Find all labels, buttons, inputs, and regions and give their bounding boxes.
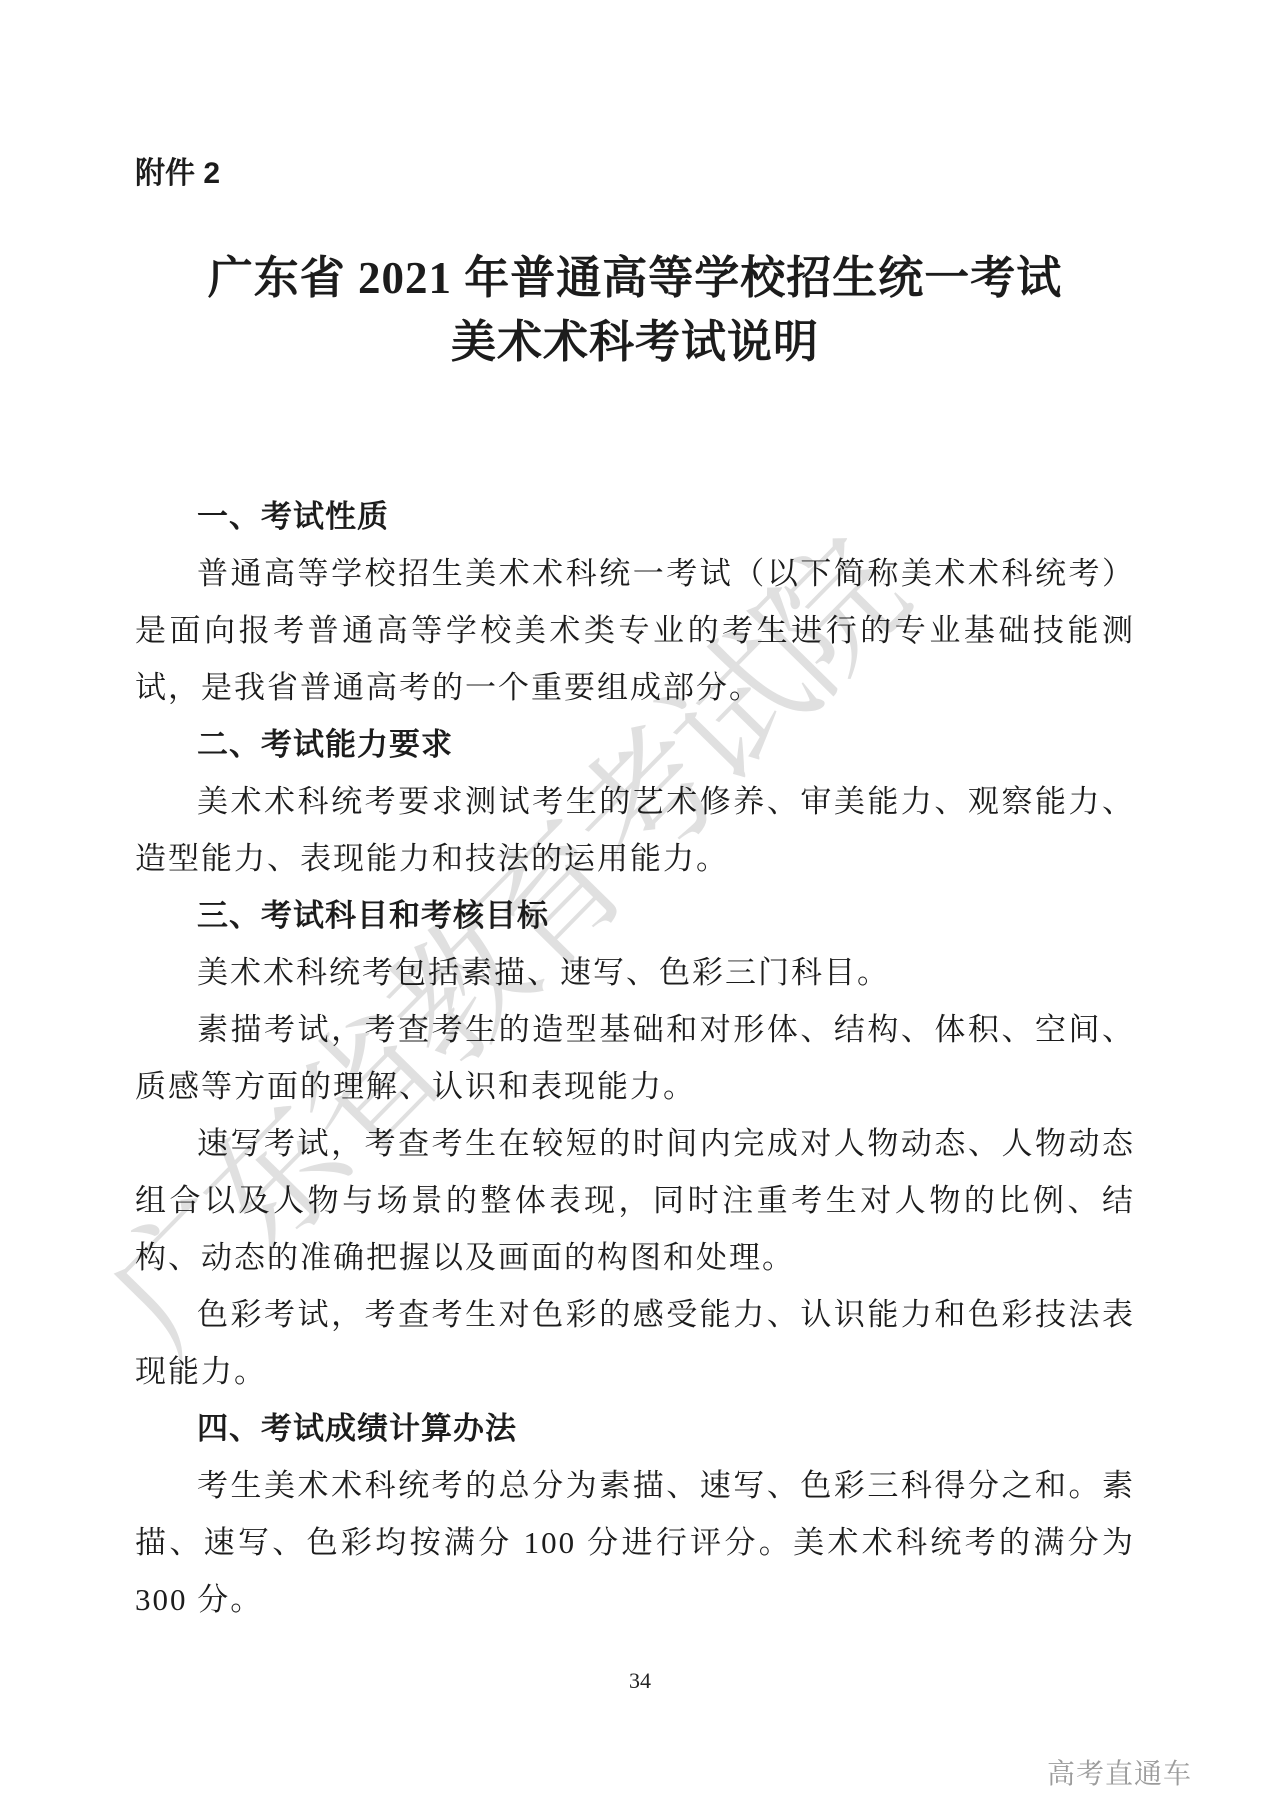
section-3-paragraph-2: 素描考试，考查考生的造型基础和对形体、结构、体积、空间、质感等方面的理解、认识和…	[135, 1001, 1135, 1115]
section-4-heading: 四、考试成绩计算办法	[135, 1400, 1135, 1457]
section-2-paragraph-1: 美术术科统考要求测试考生的艺术修养、审美能力、观察能力、造型能力、表现能力和技法…	[135, 773, 1135, 887]
section-4-paragraph-1: 考生美术术科统考的总分为素描、速写、色彩三科得分之和。素描、速写、色彩均按满分 …	[135, 1457, 1135, 1628]
document-content: 附件 2 广东省 2021 年普通高等学校招生统一考试 美术术科考试说明 一、考…	[135, 0, 1135, 1628]
document-title-line-1: 广东省 2021 年普通高等学校招生统一考试	[135, 246, 1135, 310]
section-3-paragraph-1: 美术术科统考包括素描、速写、色彩三门科目。	[135, 944, 1135, 1001]
section-3-paragraph-3: 速写考试，考查考生在较短的时间内完成对人物动态、人物动态组合以及人物与场景的整体…	[135, 1115, 1135, 1286]
attachment-label: 附件 2	[135, 156, 1135, 192]
section-1-paragraph-1: 普通高等学校招生美术术科统一考试（以下简称美术术科统考）是面向报考普通高等学校美…	[135, 545, 1135, 716]
section-1-heading: 一、考试性质	[135, 488, 1135, 545]
page-number: 34	[0, 1668, 1280, 1694]
document-page: 广东省教育考试院 附件 2 广东省 2021 年普通高等学校招生统一考试 美术术…	[0, 0, 1280, 1810]
document-sections: 一、考试性质 普通高等学校招生美术术科统一考试（以下简称美术术科统考）是面向报考…	[135, 488, 1135, 1628]
section-3-paragraph-4: 色彩考试，考查考生对色彩的感受能力、认识能力和色彩技法表现能力。	[135, 1286, 1135, 1400]
document-title-line-2: 美术术科考试说明	[135, 310, 1135, 374]
site-credit-label: 高考直通车	[1047, 1752, 1192, 1792]
section-2-heading: 二、考试能力要求	[135, 716, 1135, 773]
section-3-heading: 三、考试科目和考核目标	[135, 887, 1135, 944]
document-title: 广东省 2021 年普通高等学校招生统一考试 美术术科考试说明	[135, 246, 1135, 374]
